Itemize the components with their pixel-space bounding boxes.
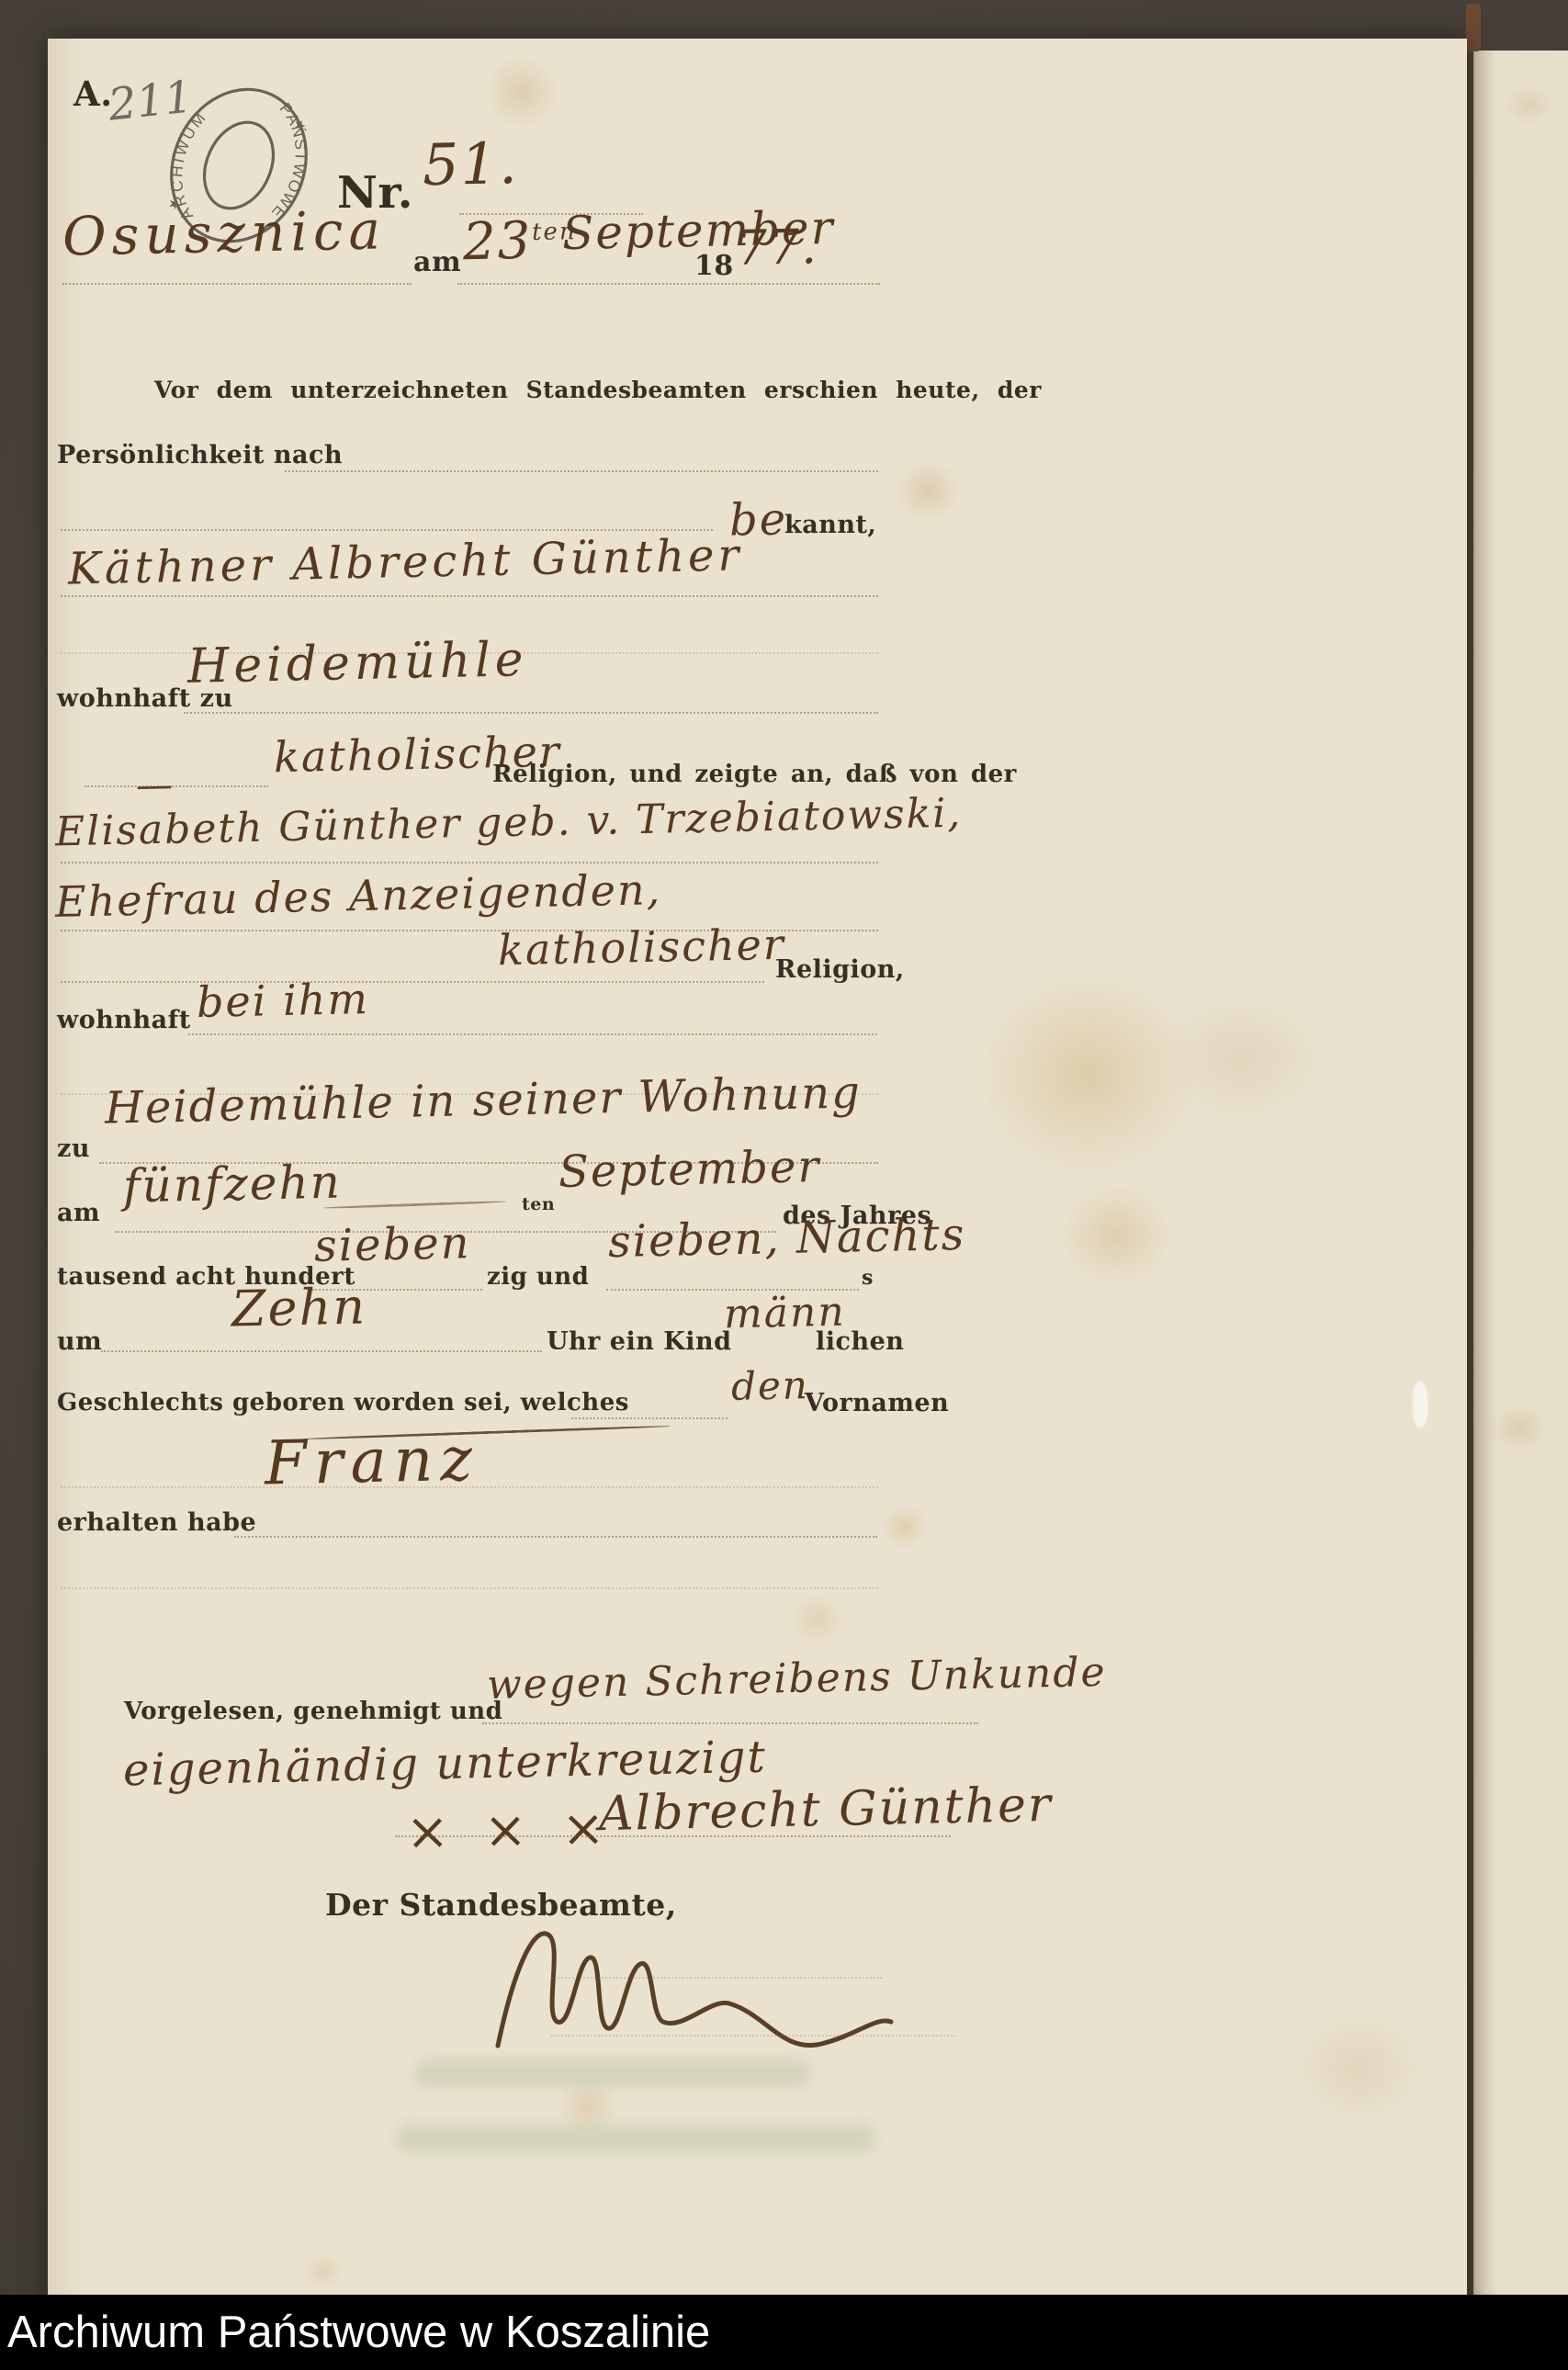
intro-line: Vor dem unterzeichneten Standesbeamten e… xyxy=(154,377,1042,403)
s-fragment: s xyxy=(862,1266,874,1290)
geschlechts-line: Geschlechts geboren worden sei, welches xyxy=(57,1389,629,1416)
hour-hand: Zehn xyxy=(231,1277,367,1337)
birth-month: September xyxy=(558,1141,820,1198)
dotted-rule xyxy=(457,283,880,285)
dotted-rule xyxy=(234,1536,877,1538)
birth-place: Heidemühle in seiner Wohnung xyxy=(105,1066,863,1134)
dotted-rule xyxy=(61,1587,878,1589)
dotted-rule xyxy=(571,1417,728,1419)
registrar-signature xyxy=(479,1908,911,2082)
religion2-handwritten: katholischer xyxy=(497,920,785,976)
dotted-rule xyxy=(285,470,878,472)
dotted-rule xyxy=(188,1033,877,1035)
next-page-edge xyxy=(1473,51,1568,2370)
known-printed: kannt, xyxy=(784,511,876,539)
archive-caption-bar: Archiwum Państwowe w Koszalinie xyxy=(0,2295,1568,2370)
religion2-printed: Religion, xyxy=(775,955,905,984)
dotted-rule xyxy=(551,2035,955,2037)
dotted-rule xyxy=(184,712,878,714)
dotted-rule xyxy=(61,1486,878,1488)
declarant-signature: Albrecht Günther xyxy=(598,1777,1053,1842)
archive-caption: Archiwum Państwowe w Koszalinie xyxy=(7,2307,710,2358)
birth-day: fünfzehn xyxy=(122,1156,342,1213)
uhr-ein-kind-label: Uhr ein Kind xyxy=(547,1327,732,1356)
dotted-rule xyxy=(551,1977,882,1979)
registry-place: Osusznica xyxy=(62,198,386,267)
birth-record-page: A. 211 ARCHIWUM PAŃSTWOWE ★ ★ Nr. 51. Os… xyxy=(48,39,1467,2370)
dotted-rule xyxy=(62,283,412,285)
dotted-rule xyxy=(61,981,764,983)
units-hand: sieben, Nachts xyxy=(607,1209,965,1268)
closing-printed: Vorgelesen, genehmigt und xyxy=(124,1698,502,1725)
dotted-rule xyxy=(101,1350,542,1352)
zu-label: zu xyxy=(57,1134,90,1163)
lichen-label: lichen xyxy=(816,1327,904,1356)
filler-stroke xyxy=(323,1201,507,1210)
declarant-name: Käthner Albrecht Günther xyxy=(67,529,742,594)
record-number-value: 51. xyxy=(422,130,519,198)
dotted-rule xyxy=(85,785,268,787)
dotted-rule xyxy=(395,1835,951,1837)
mother-relation: Ehefrau des Anzeigenden, xyxy=(55,864,662,927)
am2-label: am xyxy=(57,1199,100,1227)
date-century: 18 xyxy=(694,250,734,282)
zig-und-label: zig und xyxy=(487,1263,589,1291)
closing-handwritten-1: wegen Schreibens Unkunde xyxy=(487,1649,1107,1709)
dotted-rule xyxy=(61,529,713,531)
mother-name: Elisabeth Günther geb. v. Trzebiatowski, xyxy=(55,790,963,856)
vornamen-label: Vornamen xyxy=(805,1389,949,1417)
date-day: 23ten xyxy=(462,210,577,273)
archive-photo-background: A. 211 ARCHIWUM PAŃSTWOWE ★ ★ Nr. 51. Os… xyxy=(0,0,1568,2370)
handmarks-xxx: × × × xyxy=(405,1799,615,1863)
dotted-rule xyxy=(61,862,878,863)
decade-hand: sieben xyxy=(313,1217,471,1272)
paper-chip xyxy=(1413,1382,1428,1428)
residence2-label: wohnhaft xyxy=(57,1006,191,1034)
binding-fragment xyxy=(1466,4,1481,51)
dotted-rule xyxy=(482,1722,978,1724)
date-year: 77. xyxy=(736,220,818,276)
residence-value: Heidemühle xyxy=(186,632,528,694)
ink-bleedthrough xyxy=(415,2060,810,2087)
date-am-label: am xyxy=(413,246,461,278)
residence2-value: bei ihm xyxy=(196,974,369,1027)
um-label: um xyxy=(57,1327,102,1356)
identity-line: Persönlichkeit nach xyxy=(57,441,343,469)
religion-printed: Religion, und zeigte an, daß von der xyxy=(492,761,1017,788)
dotted-rule xyxy=(61,595,878,597)
ink-bleedthrough xyxy=(397,2124,874,2153)
ten-label: ten xyxy=(522,1194,555,1214)
den-hand: den xyxy=(730,1362,809,1409)
erhalten-line: erhalten habe xyxy=(57,1508,256,1537)
